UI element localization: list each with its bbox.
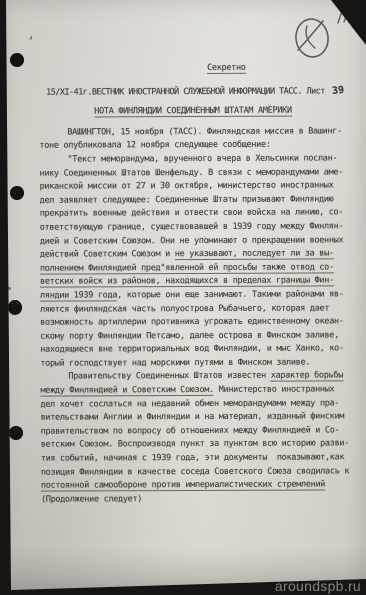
document-line: скому порту Финляндии Петсамо, далее ост…: [40, 329, 352, 344]
handwritten-tick-mark: [338, 8, 343, 23]
handwritten-marks: [276, 4, 366, 74]
handwritten-circle-mark: [294, 17, 331, 59]
photo-background: Секретно 15/XI-41г.ВЕСТНИК ИНОСТРАННОЙ С…: [0, 0, 366, 595]
document-line: правительством по вопросу об отношениях …: [41, 424, 353, 439]
document-title: НОТА ФИНЛЯНДИИ СОЕДИНЕННЫМ ШТАТАМ АМЕРИК…: [94, 105, 351, 120]
document-body: ВАШИНГТОН, 15 ноября (ТАСС). Финляндская…: [39, 125, 353, 507]
document-page: Секретно 15/XI-41г.ВЕСТНИК ИНОСТРАННОЙ С…: [0, 0, 366, 595]
document-line: дел заявляет следующее: Соединенные Штат…: [40, 193, 352, 208]
ink-speck: [8, 287, 11, 290]
document-line: ВАШИНГТОН, 15 ноября (ТАСС). Финляндская…: [39, 125, 351, 140]
ink-speck: [29, 36, 32, 40]
punch-hole: [8, 300, 22, 315]
handwritten-tick-mark: [344, 7, 349, 22]
classification-label: Секретно: [207, 63, 246, 74]
document-line: торый господствует над морскими путями в…: [40, 356, 352, 371]
handwritten-circle-stroke: [298, 21, 323, 50]
masthead-text: 15/XI-41г.ВЕСТНИК ИНОСТРАННОЙ СЛУЖЕБНОЙ …: [46, 86, 325, 97]
document-line: ответствующую границе, существовавшей в …: [40, 220, 352, 235]
document-line: находящиеся вне территориальных вод Финл…: [40, 343, 352, 358]
document-line: ляндии 1939 года, которые они еще занима…: [40, 288, 352, 303]
document-line: тия событий, начиная с 1939 года, эти до…: [41, 451, 353, 466]
document-line: тоне опубликовала 12 ноября следующее со…: [39, 139, 351, 154]
document-line: ветских войск из районов, находящихся в …: [40, 275, 352, 290]
document-line: ветским Союзом. Воспроизводя пункт за пу…: [41, 438, 353, 453]
document-line: действий Советским Союзом и не указывают…: [40, 247, 352, 262]
document-line: "Текст меморандума, врученного вчера в Х…: [39, 152, 351, 167]
document-content: Секретно 15/XI-41г.ВЕСТНИК ИНОСТРАННОЙ С…: [39, 61, 353, 507]
document-line: прекратить военные действия и отвести св…: [40, 207, 352, 222]
document-line: постоянной самообороне против империалис…: [41, 479, 353, 494]
punch-hole: [9, 426, 23, 440]
document-line: дией и Советским Союзом. Они не упоминаю…: [40, 234, 352, 249]
document-line: полнением Финляндией пред"явленной ей пр…: [40, 261, 352, 276]
sheet-number: 39: [331, 83, 344, 98]
document-line: возможность артиллерии противника угрожа…: [40, 315, 352, 330]
watermark: aroundspb.ru: [275, 578, 361, 594]
punch-hole: [10, 186, 24, 200]
ink-speck: [7, 424, 9, 427]
document-line: (Продолжение следует): [41, 492, 353, 507]
document-line: между Финляндией и Советским Союзом. Мин…: [40, 383, 352, 398]
document-line: риканской миссии от 27 и 30 октября, мин…: [40, 179, 352, 194]
punch-hole: [10, 53, 24, 67]
document-line: нику Соединенных Штатов Шенфельду. В свя…: [39, 166, 351, 181]
document-line: ляются финляндская часть полуострова Рыб…: [40, 302, 352, 317]
document-line: Правительству Соединенных Штатов известе…: [40, 370, 352, 385]
document-line: позиция Финляндии в качестве соседа Сове…: [41, 465, 353, 480]
document-line: вительствами Англии и Финляндии и на мат…: [41, 411, 353, 426]
masthead-line: 15/XI-41г.ВЕСТНИК ИНОСТРАННОЙ СЛУЖЕБНОЙ …: [46, 84, 351, 100]
document-line: дел хочет сослаться на недавний обмен ме…: [40, 397, 352, 412]
